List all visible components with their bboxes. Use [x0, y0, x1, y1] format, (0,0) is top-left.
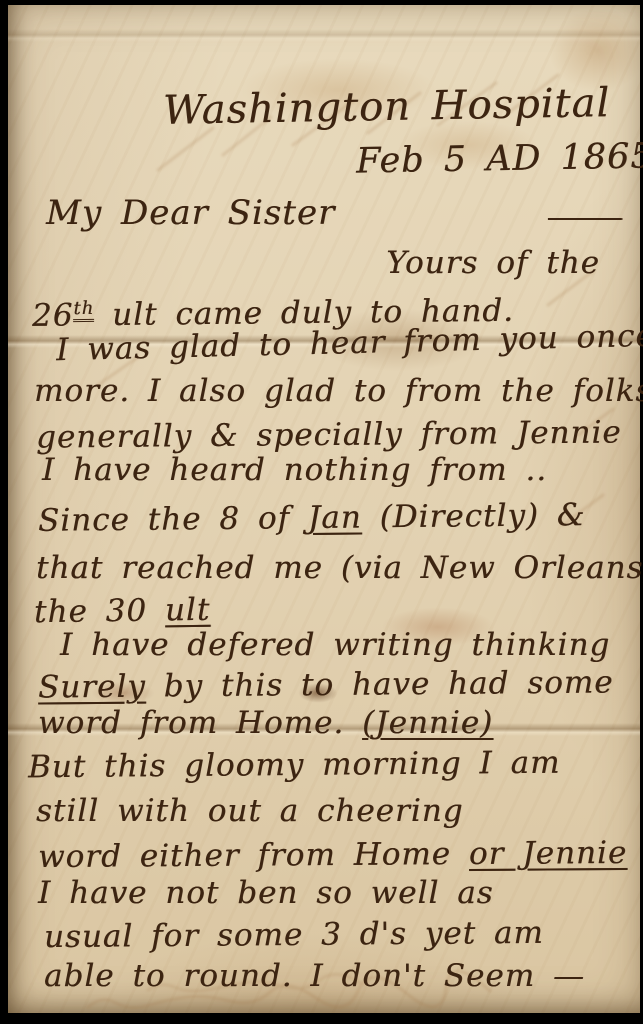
letter-line: that reached me (via New Orleans) — [36, 550, 643, 586]
letter-text: Since the 8 of — [38, 500, 308, 539]
letter-text: by this to have had some — [146, 664, 614, 704]
letter-text: word either from Home — [38, 836, 469, 875]
letter-line: still with out a cheering — [36, 793, 464, 829]
letter-line: generally & specially from Jennie — [36, 414, 622, 455]
letter-line: I have not ben so well as — [38, 875, 494, 911]
letter-line: word from Home. (Jennie) — [38, 705, 493, 741]
letter-place: Washington Hospital — [163, 85, 611, 129]
letter-text: I have heard nothing from .. — [42, 452, 547, 488]
letter-line: But this gloomy morning I am — [28, 745, 561, 786]
letter-line: Yours of the — [386, 245, 600, 281]
letter-line: the 30 ult — [34, 592, 211, 630]
fold-crease — [8, 29, 640, 42]
pen-flourish-dash: — — [544, 199, 627, 235]
letter-text: that reached me (via New Orleans) — [36, 550, 643, 586]
letter-text: word from Home. — [38, 705, 362, 741]
letter-scan: Washington Hospital Feb 5 AD 1865 My Dea… — [0, 0, 643, 1024]
letter-paper: Washington Hospital Feb 5 AD 1865 My Dea… — [8, 5, 640, 1013]
letter-text-underlined: (Jennie) — [362, 705, 493, 741]
letter-text: (Directly) & — [362, 497, 586, 535]
letter-text: Yours of the — [386, 245, 600, 281]
letter-text: more. I also glad to from the folks — [34, 373, 643, 409]
letter-text: still with out a cheering — [36, 793, 464, 829]
letter-line: Surely by this to have had some — [38, 664, 614, 705]
letter-text-underlined: ult — [165, 592, 211, 629]
letter-line: able to round. I don't Seem — — [44, 958, 585, 994]
pen-flourish: — — [570, 199, 602, 235]
letter-text-underlined: or Jennie — [469, 835, 628, 872]
letter-line: usual for some 3 d's yet am — [44, 915, 544, 955]
letter-text-underlined: Surely — [38, 669, 146, 706]
letter-date: Feb 5 AD 1865 — [356, 138, 643, 179]
letter-line: more. I also glad to from the folks — [34, 373, 643, 409]
letter-salutation: My Dear Sister — [46, 195, 335, 231]
letter-text: But this gloomy morning I am — [28, 745, 561, 786]
letter-line: I have defered writing thinking — [60, 627, 610, 663]
letter-line: I have heard nothing from .. — [42, 452, 547, 488]
letter-text-underlined: Jan — [308, 499, 362, 536]
letter-text: 26 — [32, 297, 74, 333]
letter-text: I have not ben so well as — [38, 875, 494, 911]
letter-line: word either from Home or Jennie — [38, 835, 627, 875]
letter-text: the 30 — [34, 592, 165, 630]
letter-text: able to round. I don't Seem — — [44, 958, 585, 994]
letter-text: I have defered writing thinking — [60, 627, 610, 663]
letter-text: usual for some 3 d's yet am — [44, 915, 544, 955]
letter-line: Since the 8 of Jan (Directly) & — [38, 497, 586, 539]
letter-text-superscript: th — [73, 298, 94, 322]
letter-text: generally & specially from Jennie — [36, 414, 622, 455]
